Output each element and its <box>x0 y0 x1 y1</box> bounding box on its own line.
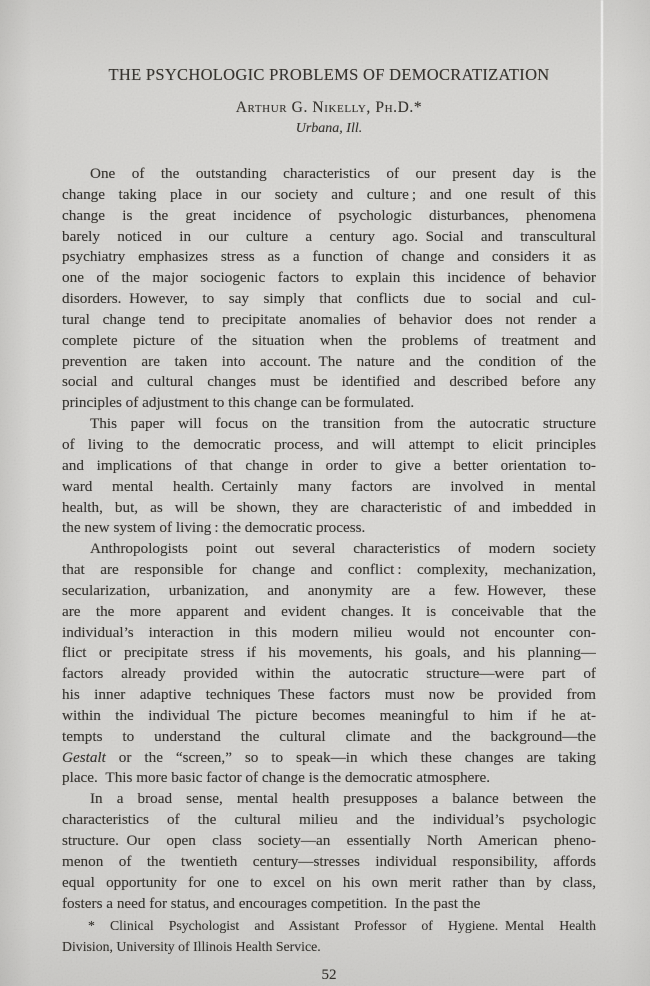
text-line: One of the outstanding characteristics o… <box>62 164 596 185</box>
text-line: Gestalt or the “screen,” so to speak—in … <box>62 748 596 769</box>
text-line: factors already provided within the auto… <box>62 664 596 685</box>
text-line: change taking place in our society and c… <box>62 185 596 206</box>
text-line: Anthropologists point out several charac… <box>62 539 596 560</box>
text-line: one of the major sociogenic factors to e… <box>62 268 596 289</box>
text-line: that are responsible for change and conf… <box>62 560 596 581</box>
article-title: THE PSYCHOLOGIC PROBLEMS OF DEMOCRATIZAT… <box>62 64 596 86</box>
text-line: menon of the twentieth century—stresses … <box>62 852 596 873</box>
text-line: tempts to understand the cultural climat… <box>62 727 596 748</box>
text-line: structure. Our open class society—an ess… <box>62 831 596 852</box>
text-line: equal opportunity for one to excel on hi… <box>62 873 596 894</box>
article-body: One of the outstanding characteristics o… <box>62 164 596 914</box>
footnote: * Clinical Psychologist and Assistant Pr… <box>62 916 596 957</box>
text-line: flict or precipitate stress if his movem… <box>62 643 596 664</box>
text-line: fosters a need for status, and encourage… <box>62 894 596 915</box>
text-line: principles of adjustment to this change … <box>62 393 596 414</box>
paragraph: One of the outstanding characteristics o… <box>62 164 596 414</box>
text-line: In a broad sense, mental health presuppo… <box>62 789 596 810</box>
text-line: health, but, as will be shown, they are … <box>62 498 596 519</box>
text-line: Division, University of Illinois Health … <box>62 937 596 957</box>
text-line: of living to the democratic process, and… <box>62 435 596 456</box>
text-line: characteristics of the cultural milieu a… <box>62 810 596 831</box>
scanned-page: THE PSYCHOLOGIC PROBLEMS OF DEMOCRATIZAT… <box>0 0 650 986</box>
text-line: disorders. However, to say simply that c… <box>62 289 596 310</box>
text-line: ward mental health. Certainly many facto… <box>62 477 596 498</box>
text-line: secularization, urbanization, and anonym… <box>62 581 596 602</box>
paragraph: Anthropologists point out several charac… <box>62 539 596 789</box>
text-line: change is the great incidence of psychol… <box>62 206 596 227</box>
author-location: Urbana, Ill. <box>62 120 596 137</box>
text-line: social and cultural changes must be iden… <box>62 372 596 393</box>
text-line: and implications of that change in order… <box>62 456 596 477</box>
scan-artifact-line <box>601 0 603 360</box>
text-line: place. This more basic factor of change … <box>62 768 596 789</box>
text-line: * Clinical Psychologist and Assistant Pr… <box>62 916 596 936</box>
text-line: within the individual The picture become… <box>62 706 596 727</box>
text-line: his inner adaptive techniques These fact… <box>62 685 596 706</box>
text-line: This paper will focus on the transition … <box>62 414 596 435</box>
text-line: barely noticed in our culture a century … <box>62 227 596 248</box>
paragraph: In a broad sense, mental health presuppo… <box>62 789 596 914</box>
text-line: complete picture of the situation when t… <box>62 331 596 352</box>
text-line: prevention are taken into account. The n… <box>62 352 596 373</box>
paragraph: This paper will focus on the transition … <box>62 414 596 539</box>
text-line: tural change tend to precipitate anomali… <box>62 310 596 331</box>
page-number: 52 <box>62 967 596 984</box>
text-line: individual’s interaction in this modern … <box>62 623 596 644</box>
author-name: Arthur G. Nikelly, Ph.D.* <box>62 99 596 117</box>
text-line: are the more apparent and evident change… <box>62 602 596 623</box>
text-line: psychiatry emphasizes stress as a functi… <box>62 247 596 268</box>
page-content: THE PSYCHOLOGIC PROBLEMS OF DEMOCRATIZAT… <box>62 0 596 984</box>
text-line: the new system of living : the democrati… <box>62 518 596 539</box>
